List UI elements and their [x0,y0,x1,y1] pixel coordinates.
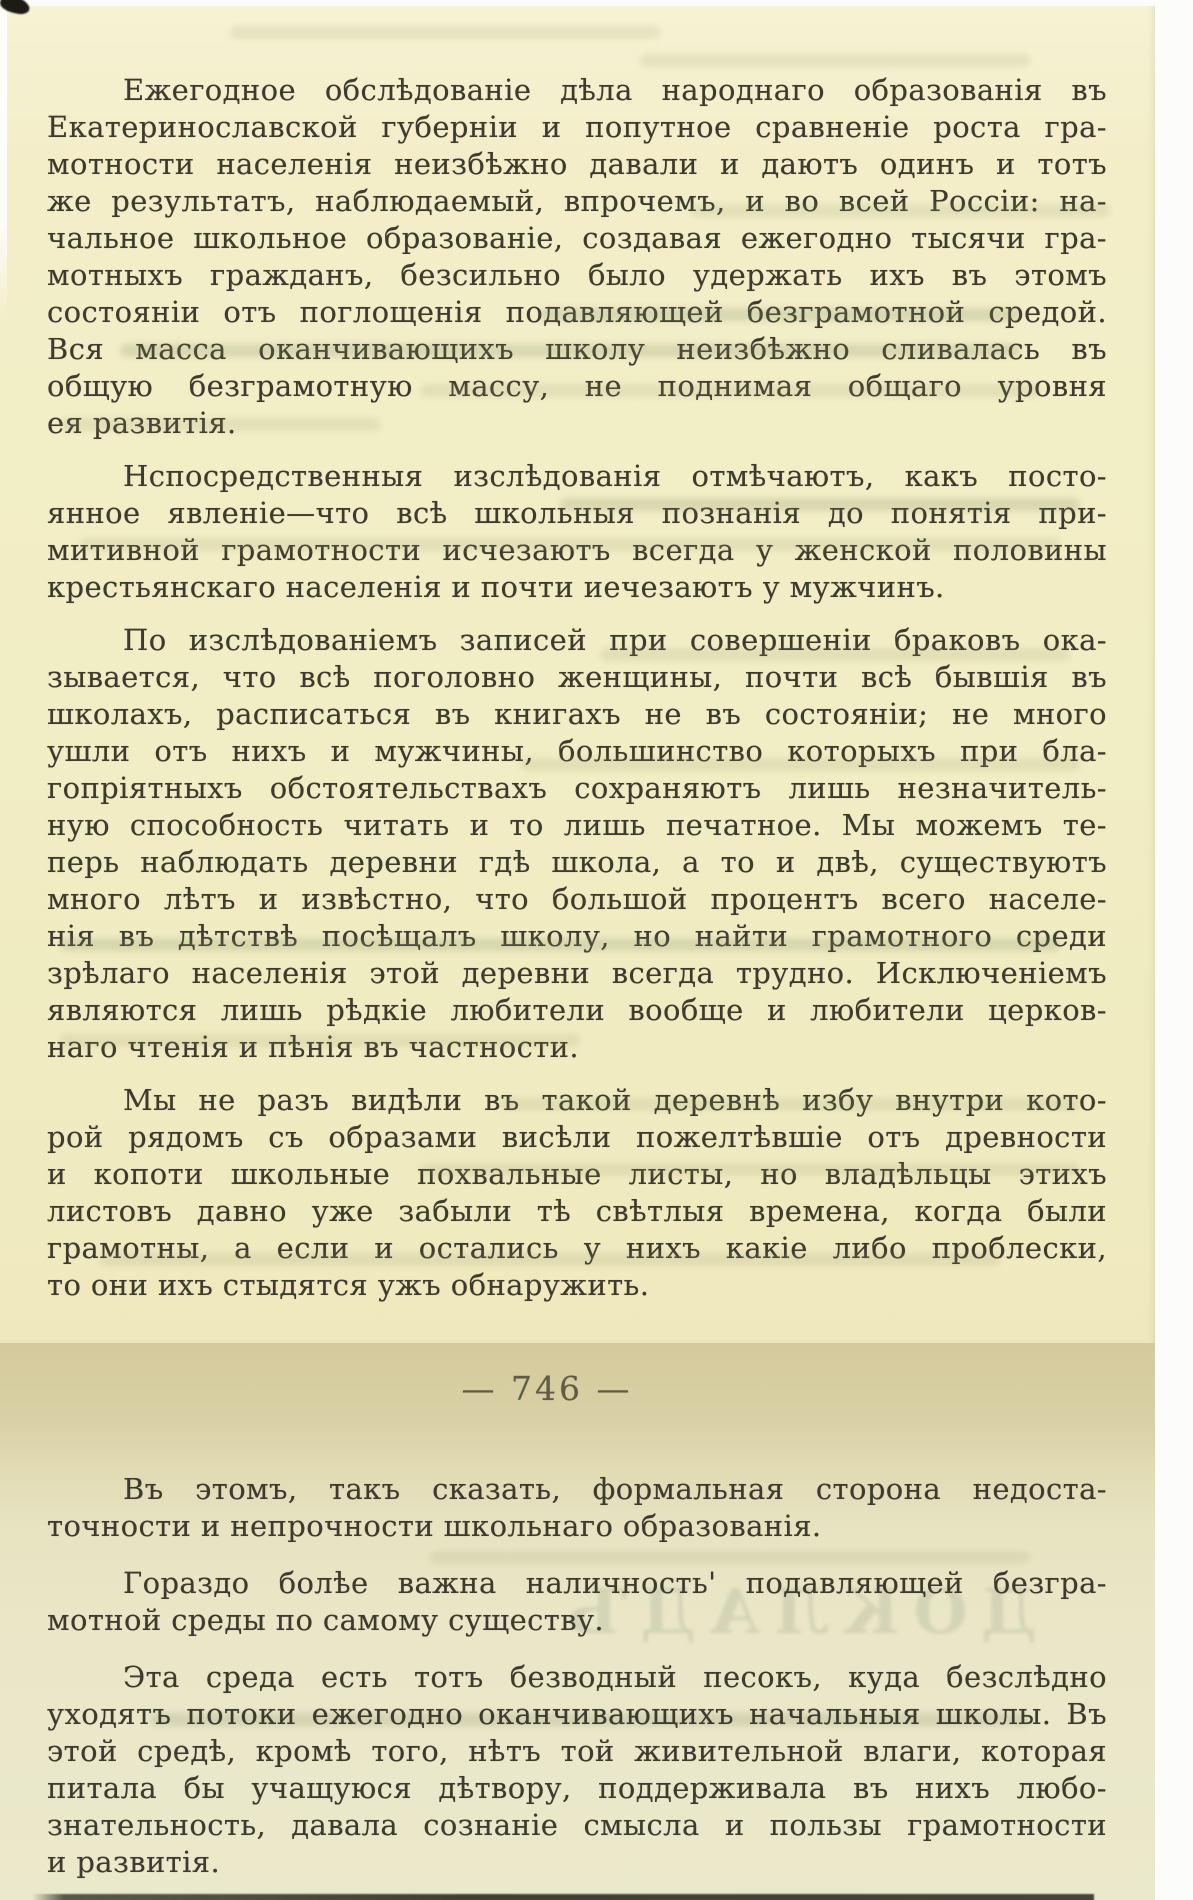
text-line: чальное школьное образованіе, создавая е… [47,220,1107,257]
text-line: Гораздо болѣе важна наличность' подавляю… [47,1565,1107,1602]
page-bottom-text: Въ этомъ, такъ сказать, формальная сторо… [47,1471,1107,1881]
text-line: рой рядомъ съ образами висѣли пожелтѣвші… [47,1119,1107,1156]
page-scan-bottom: — 746 — ДОКЛАДЪ Въ этомъ, такъ сказать, … [0,1343,1155,1900]
text-line: зрѣлаго населенія этой деревни всегда тр… [47,955,1107,992]
paragraph: Мы не разъ видѣли въ такой деревнѣ избу … [47,1082,1107,1304]
bleed-through-smear [540,308,1020,321]
bleed-through-smear [230,26,660,39]
text-line: уходятъ потоки ежегодно оканчивающихъ на… [47,1696,1107,1733]
scan-margin-top [0,0,1193,6]
bleed-through-smear [60,418,380,431]
text-line: перь наблюдать деревни гдѣ школа, а то и… [47,844,1107,881]
bleed-through-smear [640,54,1030,67]
bleed-through-smear [60,938,1060,951]
text-line: точности и непрочности школьнаго образов… [47,1508,1107,1545]
paragraph: Гораздо болѣе важна наличность' подавляю… [47,1565,1107,1639]
page-scan-top: Ежегодное обслѣдованіе дѣла народнаго об… [0,0,1155,1343]
bleed-through-smear [420,1163,1080,1176]
bleed-through-smear [60,1034,580,1047]
bleed-through-smear [690,204,1110,217]
text-line: крестьянскаго населенія и почти иечезают… [47,569,1107,606]
text-line: Нспосредственныя изслѣдованія отмѣчаютъ,… [47,458,1107,495]
text-line: и развитія. [47,1844,1107,1881]
bleed-through-smear [600,648,1070,661]
text-line: являются лишь рѣдкіе любители вообще и л… [47,992,1107,1029]
bleed-through-smear [500,1098,1080,1111]
text-line: питала бы учащуюся дѣтвору, поддерживала… [47,1770,1107,1807]
paragraph: По изслѣдованіемъ записей при совершеніи… [47,622,1107,1066]
bleed-through-smear [520,758,1080,771]
text-line: Въ этомъ, такъ сказать, формальная сторо… [47,1471,1107,1508]
text-line: этой средѣ, кромѣ того, нѣтъ той живител… [47,1733,1107,1770]
paragraph: Въ этомъ, такъ сказать, формальная сторо… [47,1471,1107,1545]
bleed-through-smear [420,384,1040,397]
bleed-through-smear [120,344,1020,357]
text-line: то они ихъ стыдятся ужъ обнаружить. [47,1267,1107,1304]
text-line: много лѣтъ и извѣстно, что большой проце… [47,881,1107,918]
text-line: Ежегодное обслѣдованіе дѣла народнаго об… [47,72,1107,109]
text-line: гопріятныхъ обстоятельствахъ сохраняютъ … [47,770,1107,807]
text-line: знательность, давала сознаніе смысла и п… [47,1807,1107,1844]
text-line: мотныхъ гражданъ, безсильно было удержат… [47,257,1107,294]
text-line: мотности населенія неизбѣжно давали и да… [47,146,1107,183]
text-line: листовъ давно уже забыли тѣ свѣтлыя врем… [47,1193,1107,1230]
text-line: Екатеринославской губерніи и попутное ср… [47,109,1107,146]
scanned-book-spread: { "colors": { "page_top_bg": "#f3eec6", … [0,0,1193,1900]
bleed-through-smear [560,498,1080,511]
page-number: — 746 — [437,1369,657,1408]
bleed-through-smear [80,538,1060,551]
text-line: Эта среда есть тотъ безводный песокъ, ку… [47,1659,1107,1696]
paragraph: Эта среда есть тотъ безводный песокъ, ку… [47,1659,1107,1881]
text-line: зывается, что всѣ поголовно женщины, поч… [47,659,1107,696]
bleed-through-smear [100,1253,1000,1266]
text-line: ную способность читать и то лишь печатно… [47,807,1107,844]
cut-off-rule [32,1894,1094,1900]
scan-margin-left [0,0,7,320]
text-line: школахъ, расписаться въ книгахъ не въ со… [47,696,1107,733]
paragraph: Нспосредственныя изслѣдованія отмѣчаютъ,… [47,458,1107,606]
text-line: мотной среды по самому существу. [47,1602,1107,1639]
